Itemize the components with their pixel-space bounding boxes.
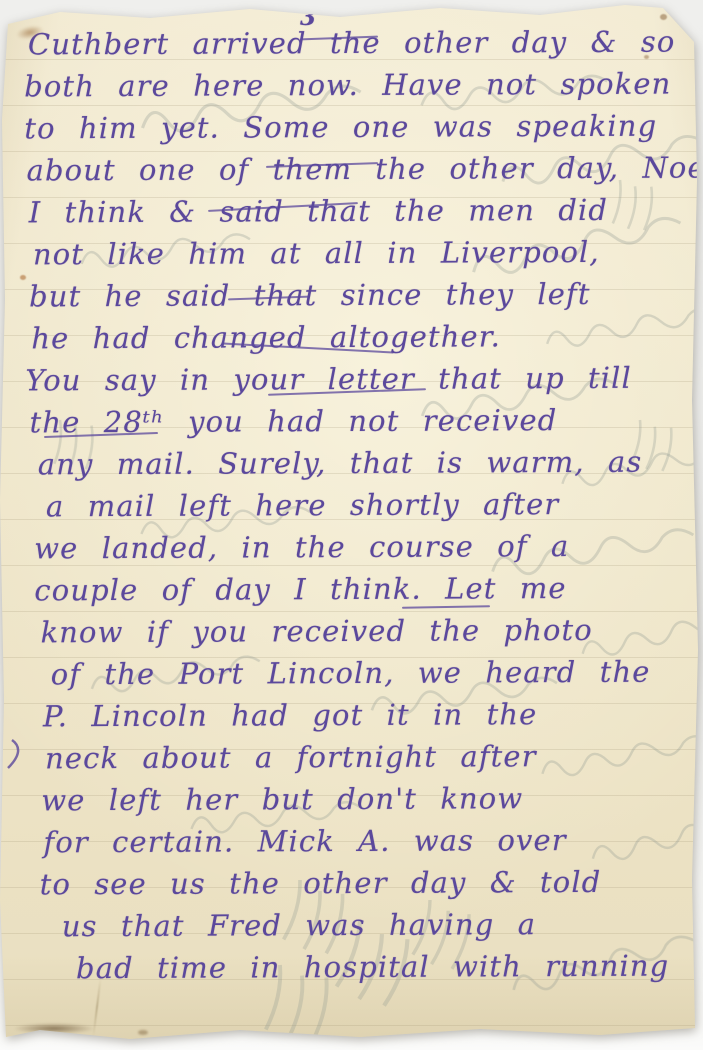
stain-spot [138, 1030, 148, 1035]
letter-line: couple of day I think. Let me [0, 566, 703, 611]
letter-line: not like him at all in Liverpool, [0, 230, 702, 275]
letter-paper: Cuthbert arrived the other day & so both… [0, 0, 703, 1050]
letter-line: P. Lincoln had got it in the [1, 692, 703, 737]
letter-line: we landed, in the course of a [0, 524, 703, 569]
letter-body: Cuthbert arrived the other day & so both… [0, 20, 703, 989]
letter-line: both are here now. Have not spoken [0, 62, 701, 107]
letter-line: You say in your letter that up till [0, 356, 703, 401]
stray-ink-mark [0, 738, 30, 774]
stain-bottom-left [14, 1023, 94, 1034]
letter-line: he had changed altogether. [0, 314, 702, 359]
letter-line: to see us the other day & told [2, 860, 703, 905]
letter-line: the 28ᵗʰ you had not received [0, 398, 703, 443]
letter-line: us that Fred was having a [2, 902, 703, 947]
letter-line: but he said that since they left [0, 272, 702, 317]
letter-line: know if you received the photo [0, 608, 703, 653]
letter-line: for certain. Mick A. was over [1, 818, 703, 863]
letter-line: Cuthbert arrived the other day & so [0, 20, 701, 65]
letter-line: a mail left here shortly after [0, 482, 703, 527]
letter-line: I think & said that the men did [0, 188, 702, 233]
letter-line: of the Port Lincoln, we heard the [1, 650, 703, 695]
scanned-letter-page: { "document": { "kind": "handwritten-let… [0, 0, 703, 1050]
letter-line: neck about a fortnight after [1, 734, 703, 779]
paper-shadow-wrapper: Cuthbert arrived the other day & so both… [0, 0, 703, 1050]
letter-line: to him yet. Some one was speaking [0, 104, 701, 149]
letter-line: about one of them the other day, Noel [0, 146, 702, 191]
letter-line: any mail. Surely, that is warm, as [0, 440, 703, 485]
letter-line: we left her but don't know [1, 776, 703, 821]
page-number: 3 [300, 4, 316, 31]
letter-line: bad time in hospital with running [2, 944, 703, 989]
stain-spot [660, 14, 667, 20]
